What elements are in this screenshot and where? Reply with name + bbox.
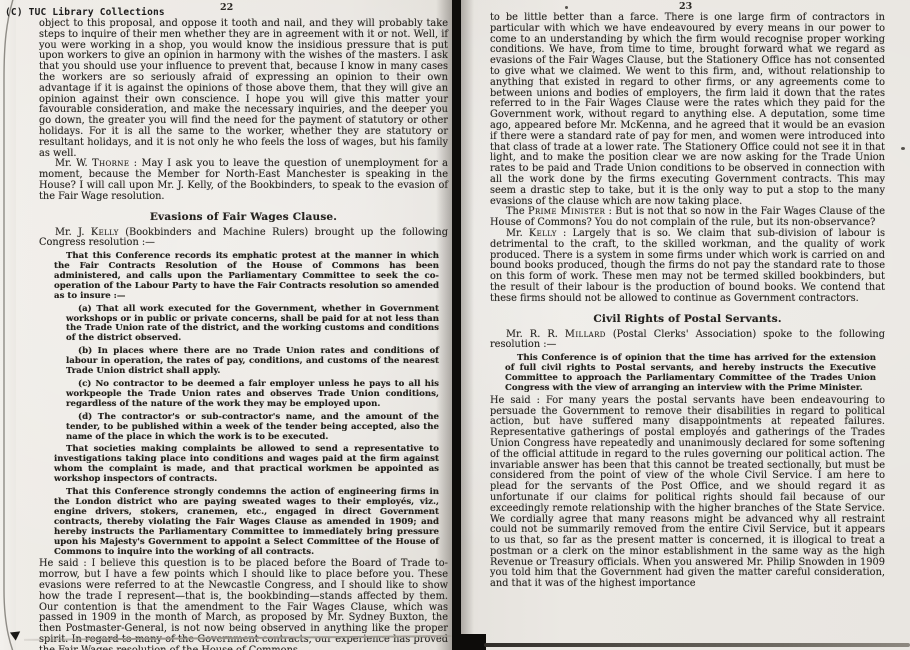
paragraph: Mr. W. Thorne : May I ask you to leave t…: [39, 159, 448, 202]
scan-left-edge: [0, 0, 16, 650]
paragraph: Mr. Kelly : Largely that is so. We claim…: [490, 229, 885, 305]
page-number-left: 22: [220, 2, 233, 13]
scan-speck: [565, 6, 568, 9]
book-spine: [452, 0, 461, 650]
section-heading: Civil Rights of Postal Servants.: [490, 313, 885, 325]
resolution-text: This Conference is of opinion that the t…: [505, 354, 876, 394]
speaker-name: Kelly: [529, 228, 557, 239]
spine-bottom-shadow: [452, 634, 486, 650]
speaker-name: Millard: [565, 329, 606, 340]
resolution-text: (d) The contractor's or sub-contractor's…: [66, 413, 439, 443]
right-page-bottom-edge-shadow: [484, 643, 910, 647]
resolution-text: That this Conference strongly condemns t…: [54, 488, 439, 557]
left-page: object to this proposal, and oppose it t…: [39, 19, 448, 650]
page-number-right: 23: [679, 1, 692, 12]
right-page: to be little better than a farce. There …: [490, 13, 885, 590]
paragraph: object to this proposal, and oppose it t…: [39, 19, 448, 159]
resolution-text: (c) No contractor to be deemed a fair em…: [66, 380, 439, 410]
spine-shadow-right: [461, 0, 474, 650]
resolution-text: That this Conference records its emphati…: [54, 252, 439, 302]
resolution-text: That societies making complaints be allo…: [54, 445, 439, 485]
paragraph: Mr. R. R. Millard (Postal Clerks' Associ…: [490, 330, 885, 352]
section-heading: Evasions of Fair Wages Clause.: [39, 211, 448, 223]
paragraph: Mr. J. Kelly (Bookbinders and Machine Ru…: [39, 228, 448, 250]
page-edge-curve-line: [0, 0, 16, 650]
speaker-name: Kelly: [91, 227, 119, 238]
paragraph: He said : For many years the postal serv…: [490, 396, 885, 590]
speaker-name: Prime Minister: [528, 206, 605, 217]
resolution-text: (b) In places where there are no Trade U…: [66, 347, 439, 377]
scan-speck: [901, 147, 905, 150]
paragraph: to be little better than a farce. There …: [490, 13, 885, 207]
speaker-name: Thorne: [92, 158, 129, 169]
watermark: (C) TUC Library Collections: [5, 7, 165, 18]
paragraph: The Prime Minister : But is not that so …: [490, 207, 885, 229]
resolution-text: (a) That all work executed for the Gover…: [66, 305, 439, 345]
book-scan: (C) TUC Library Collections 22 23 object…: [0, 0, 910, 650]
